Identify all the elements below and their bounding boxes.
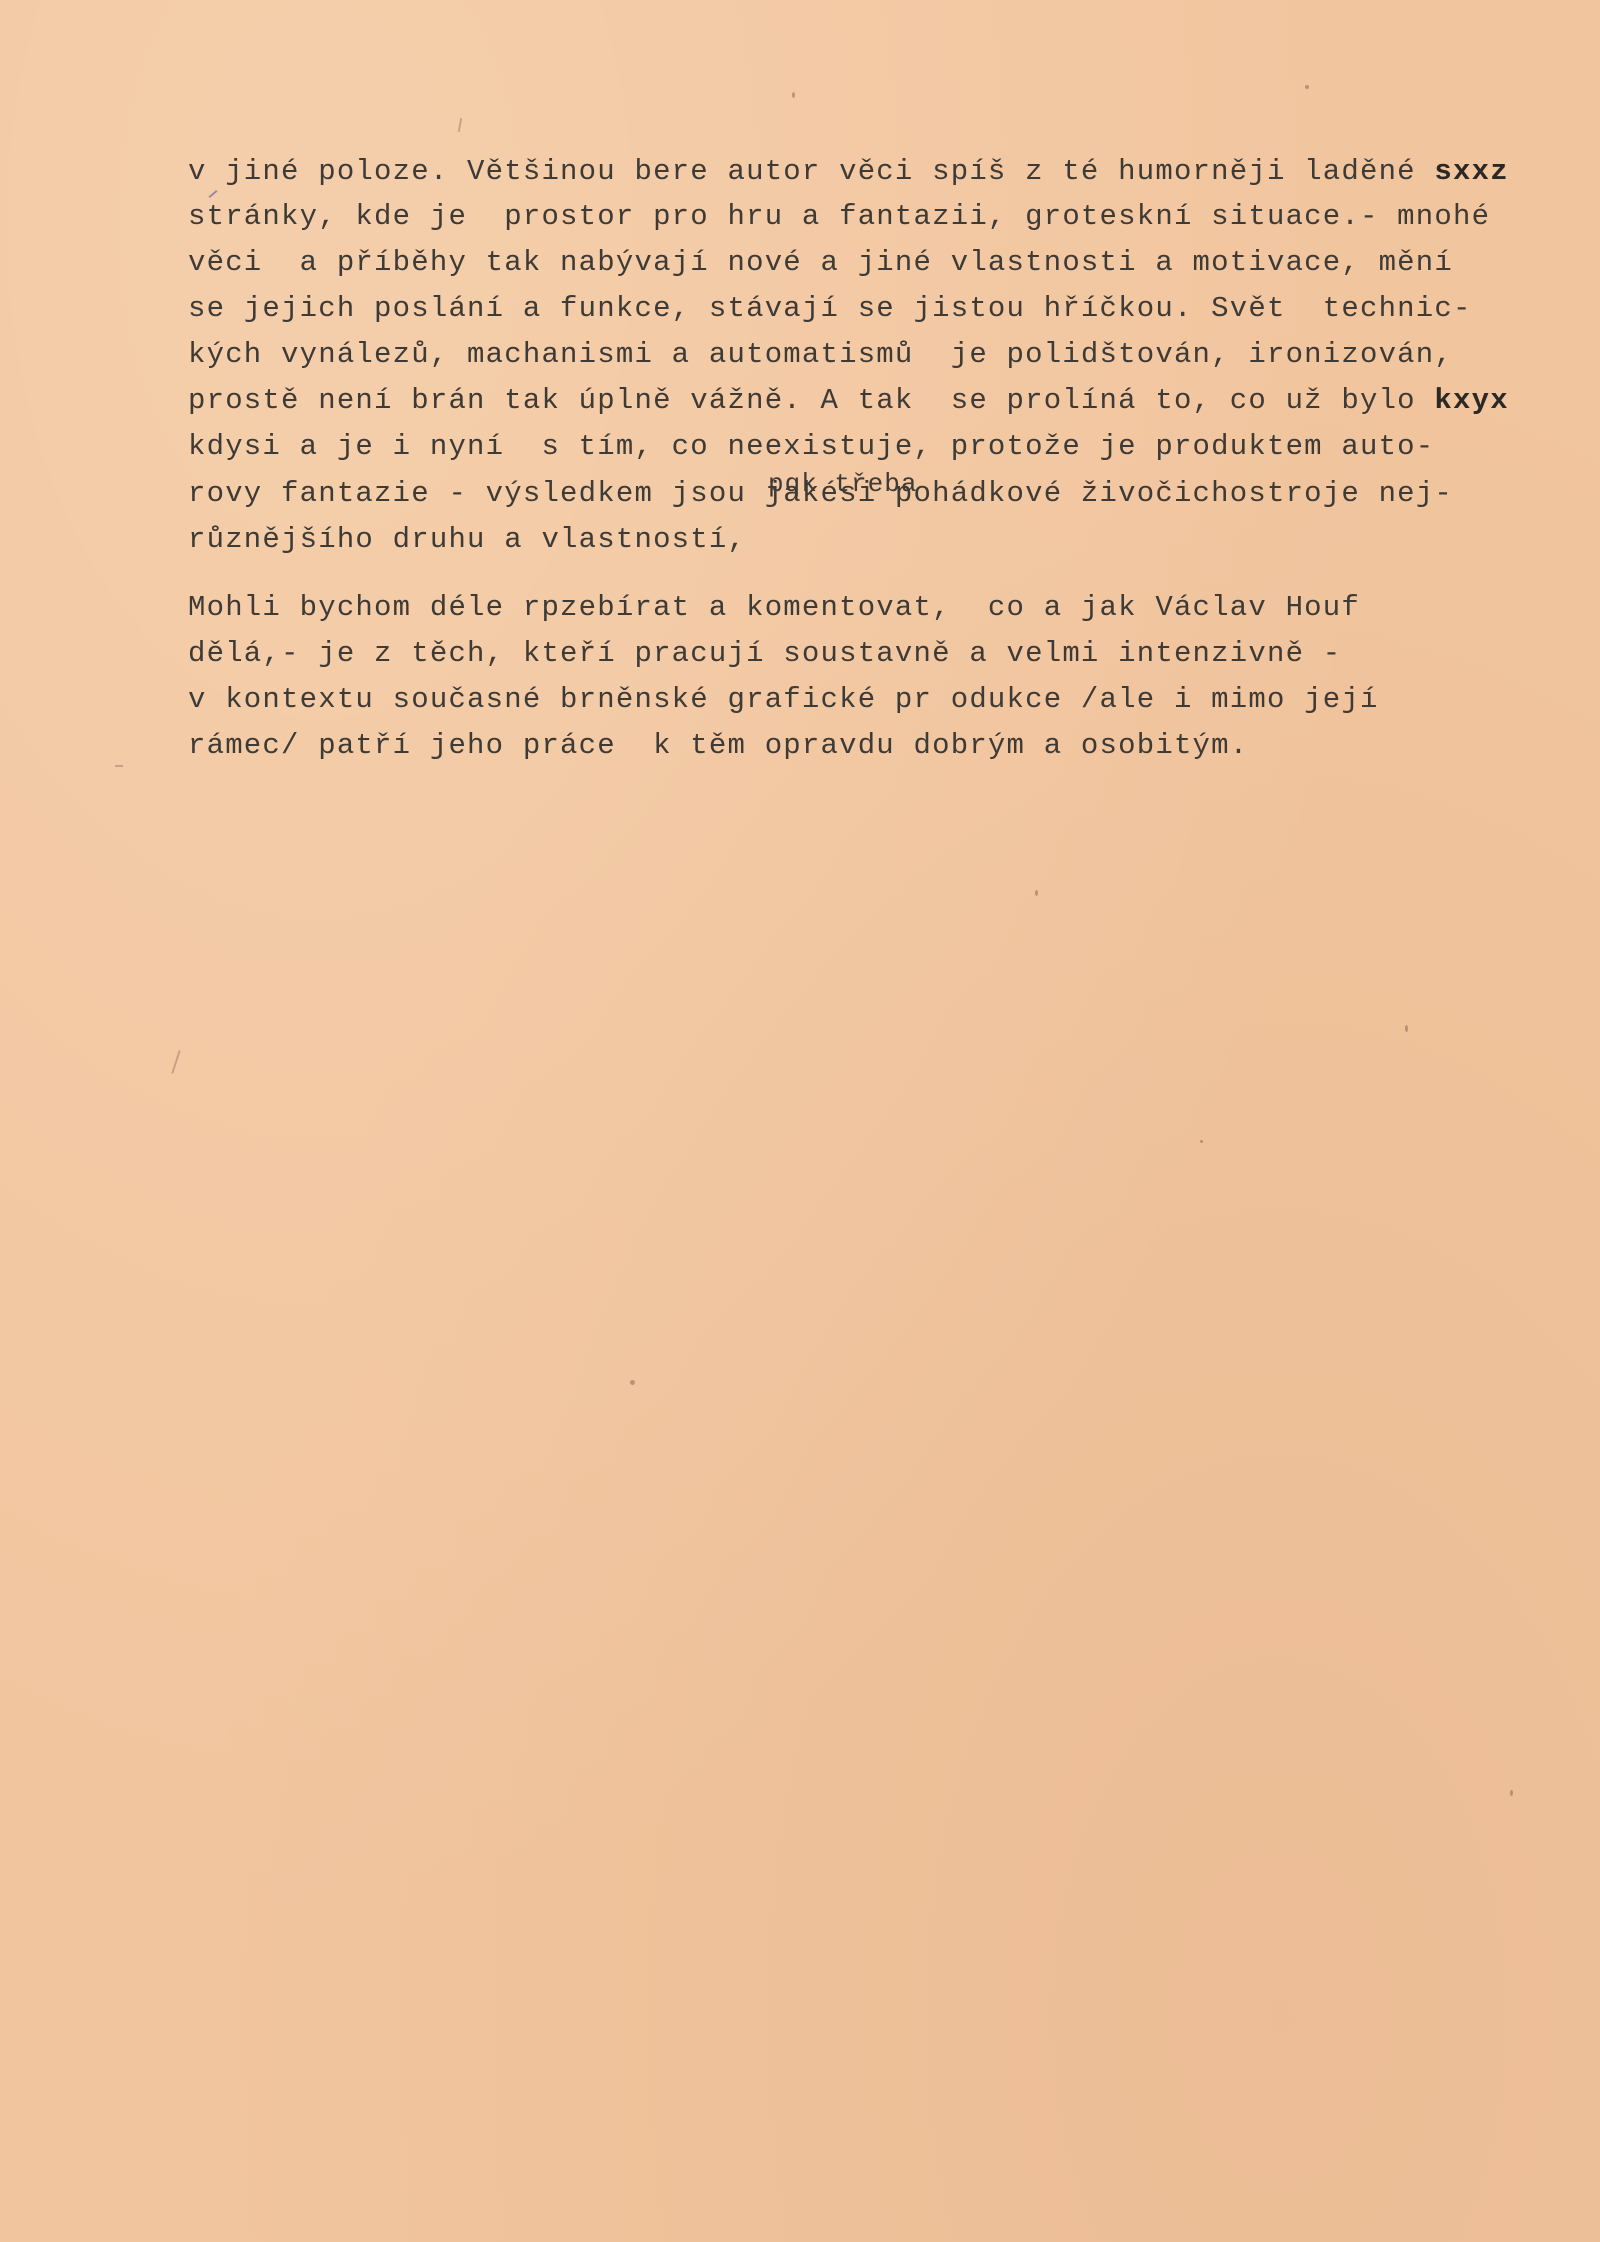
text-line: Mohli bychom déle rpzebírat a komentovat…: [188, 588, 1360, 628]
struck-out-text: kxyx: [1434, 384, 1508, 417]
text-line: různějšího druhu a vlastností,: [188, 520, 746, 560]
pencil-mark: [115, 765, 123, 767]
pencil-mark: [458, 118, 462, 132]
paper-speck: [1200, 1140, 1203, 1143]
paper-speck: [1405, 1025, 1408, 1032]
line-text: v jiné poloze. Většinou bere autor věci …: [188, 155, 1434, 188]
text-line: se jejich poslání a funkce, stávají se j…: [188, 289, 1472, 329]
paper-speck: [1035, 890, 1038, 896]
paper-page: v jiné poloze. Většinou bere autor věci …: [0, 0, 1600, 2242]
paper-speck: [630, 1380, 635, 1385]
line-text: prostě není brán tak úplně vážně. A tak …: [188, 384, 1434, 417]
text-line: v jiné poloze. Většinou bere autor věci …: [188, 152, 1509, 192]
pencil-mark: [171, 1050, 180, 1073]
typewritten-text: v jiné poloze. Většinou bere autor věci …: [188, 152, 1600, 647]
text-line: rámec/ patří jeho práce k těm opravdu do…: [188, 726, 1248, 766]
paper-speck: [1510, 1790, 1513, 1796]
text-line: dělá,- je z těch, kteří pracují soustavn…: [188, 634, 1341, 674]
struck-out-text: sxxz: [1434, 155, 1508, 188]
text-line: kdysi a je i nyní s tím, co neexistuje, …: [188, 427, 1434, 467]
text-line: prostě není brán tak úplně vážně. A tak …: [188, 381, 1509, 421]
text-line: věci a příběhy tak nabývají nové a jiné …: [188, 243, 1453, 283]
paper-speck: [792, 92, 795, 98]
paper-speck: [1305, 85, 1309, 89]
text-line: kých vynálezů, machanismi a automatismů …: [188, 335, 1453, 375]
interlinear-insertion: pqk třeba: [768, 469, 917, 499]
text-line: stránky, kde je prostor pro hru a fantaz…: [188, 197, 1490, 237]
text-line: v kontextu současné brněnské grafické pr…: [188, 680, 1379, 720]
